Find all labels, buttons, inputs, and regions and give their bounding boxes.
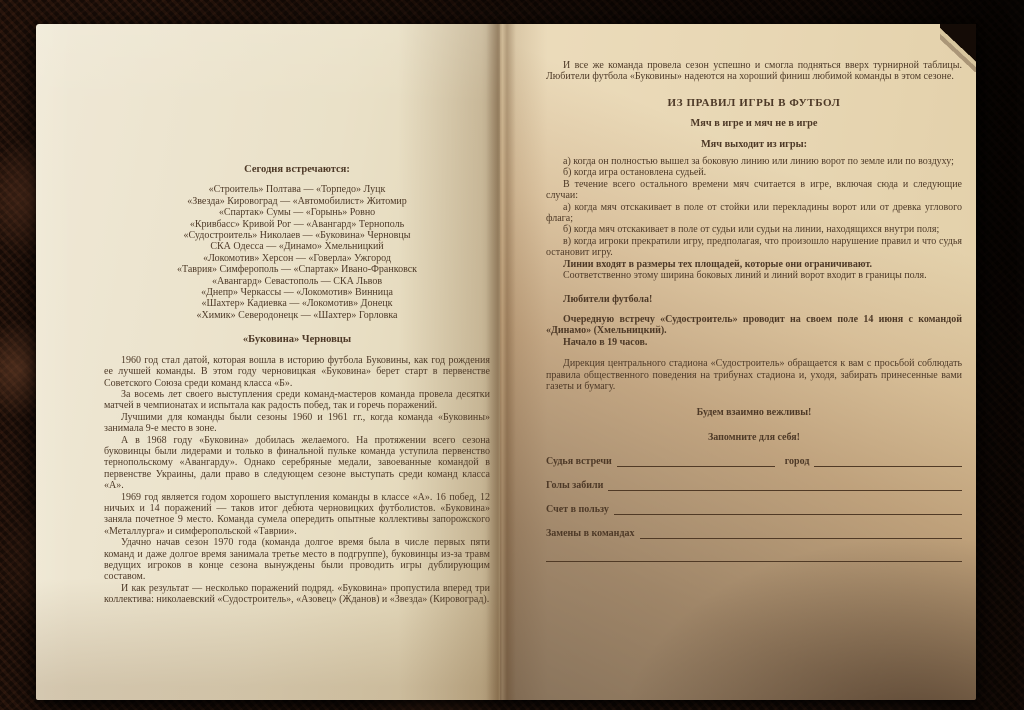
remember-heading: Запомните для себя!	[546, 432, 962, 443]
match-line: «Химик» Северодонецк — «Шахтер» Горловка	[104, 310, 490, 321]
city-label: город	[785, 456, 810, 467]
match-line: «Звезда» Кировоград — «Автомобилист» Жит…	[104, 196, 490, 207]
next-match-announcement: Очередную встречу «Судостроитель» провод…	[546, 314, 962, 337]
club-history: 1960 год стал датой, которая вошла в ист…	[104, 355, 490, 606]
substitutions-label: Замены в командах	[546, 528, 635, 539]
kickoff-time: Начало в 19 часов.	[546, 337, 962, 348]
rule-paragraph: а) когда он полностью вышел за боковую л…	[546, 156, 962, 167]
rule-paragraph: Соответственно этому ширина боковых лини…	[546, 270, 962, 281]
open-booklet: Сегодня встречаются: «Строитель» Полтава…	[36, 24, 976, 700]
rules-title: ИЗ ПРАВИЛ ИГРЫ В ФУТБОЛ	[546, 98, 962, 109]
referee-blank-line	[617, 455, 775, 467]
rule-paragraph: в) когда игроки прекратили игру, предпол…	[546, 236, 962, 259]
rule-paragraph: б) когда мяч отскакивает в поле от судьи…	[546, 224, 962, 235]
referee-label: Судья встречи	[546, 456, 612, 467]
stadium-notice: Дирекция центрального стадиона «Судостро…	[546, 358, 962, 392]
history-paragraph: И как результат — несколько поражений по…	[104, 583, 490, 606]
team-heading: «Буковина» Черновцы	[104, 334, 490, 345]
intro-paragraph: И все же команда провела сезон успешно и…	[546, 60, 962, 83]
match-line: «Таврия» Симферополь — «Спартак» Ивано-Ф…	[104, 264, 490, 275]
rule-paragraph: Линии входят в размеры тех площадей, кот…	[546, 259, 962, 270]
polite-heading: Будем взаимно вежливы!	[546, 407, 962, 418]
goals-row: Голы забили	[546, 478, 962, 491]
substitutions-blank-line	[640, 527, 962, 539]
match-line: «Днепр» Черкассы — «Локомотив» Винница	[104, 287, 490, 298]
rule-paragraph: В течение всего остального времени мяч с…	[546, 179, 962, 202]
match-line: СКА Одесса — «Динамо» Хмельницкий	[104, 241, 490, 252]
referee-row: Судья встречи город	[546, 454, 962, 467]
ball-out-of-play-heading: Мяч выходит из игры:	[546, 139, 962, 150]
match-line: «Строитель» Полтава — «Торпедо» Луцк	[104, 184, 490, 195]
bottom-rule-line	[546, 561, 962, 562]
score-row: Счет в пользу	[546, 502, 962, 515]
history-paragraph: 1969 год является годом хорошего выступл…	[104, 492, 490, 538]
match-line: «Спартак» Сумы — «Горынь» Ровно	[104, 207, 490, 218]
rule-paragraph: а) когда мяч отскакивает в поле от стойк…	[546, 202, 962, 225]
left-page: Сегодня встречаются: «Строитель» Полтава…	[36, 24, 500, 700]
rule-paragraph: б) когда игра остановлена судьей.	[546, 167, 962, 178]
city-blank-line	[814, 455, 962, 467]
match-line: «Кривбасс» Кривой Рог — «Авангард» Терно…	[104, 219, 490, 230]
history-paragraph: А в 1968 году «Буковина» добилась желаем…	[104, 435, 490, 492]
history-paragraph: За восемь лет своего выступления среди к…	[104, 389, 490, 412]
today-matches-heading: Сегодня встречаются:	[104, 164, 490, 175]
rules-list: а) когда он полностью вышел за боковую л…	[546, 156, 962, 281]
match-line: «Локомотив» Херсон — «Говерла» Ужгород	[104, 253, 490, 264]
match-line: «Судостроитель» Николаев — «Буковина» Че…	[104, 230, 490, 241]
score-blank-line	[614, 503, 962, 515]
match-line: «Шахтер» Кадиевка — «Локомотив» Донецк	[104, 298, 490, 309]
match-line: «Авангард» Севастополь — СКА Львов	[104, 276, 490, 287]
history-paragraph: Лучшими для команды были сезоны 1960 и 1…	[104, 412, 490, 435]
history-paragraph: 1960 год стал датой, которая вошла в ист…	[104, 355, 490, 389]
match-record-form: Судья встречи город Голы забили Счет в п…	[546, 454, 962, 562]
rules-subtitle: Мяч в игре и мяч не в игре	[546, 118, 962, 129]
fans-heading: Любители футбола!	[546, 294, 962, 305]
goals-blank-line	[608, 479, 962, 491]
right-page: И все же команда провела сезон успешно и…	[500, 24, 976, 700]
score-label: Счет в пользу	[546, 504, 609, 515]
substitutions-row: Замены в командах	[546, 526, 962, 539]
match-list: «Строитель» Полтава — «Торпедо» Луцк«Зве…	[104, 184, 490, 321]
history-paragraph: Удачно начав сезон 1970 года (команда до…	[104, 537, 490, 583]
goals-label: Голы забили	[546, 480, 603, 491]
